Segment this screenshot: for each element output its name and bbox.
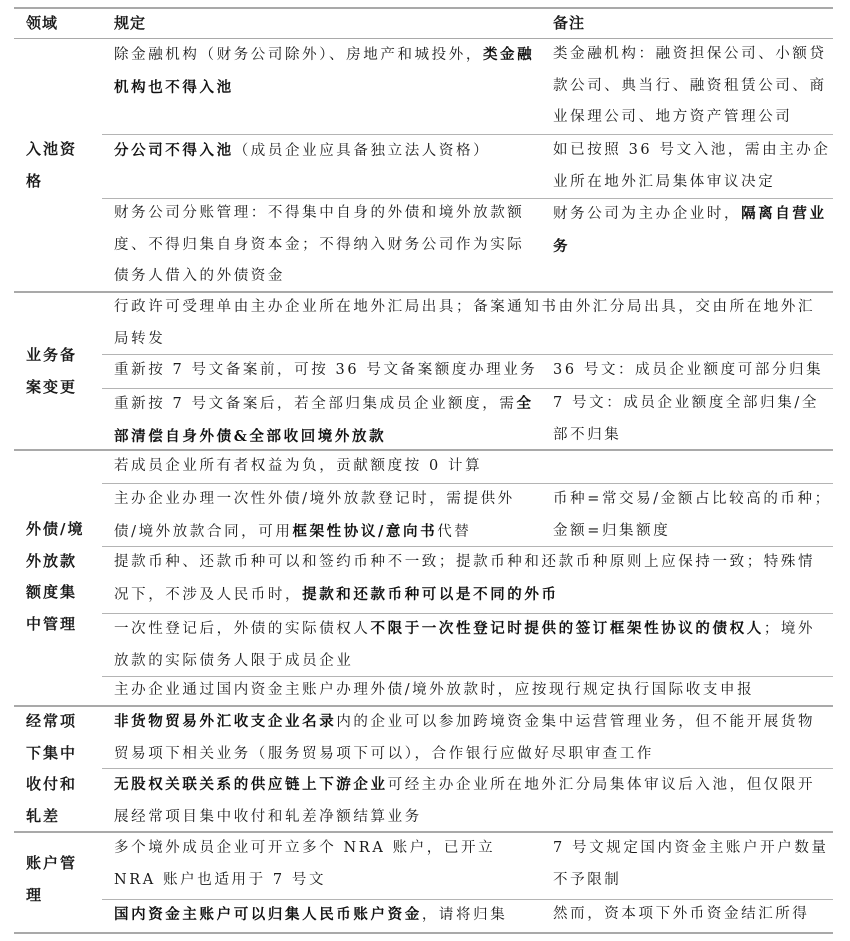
rule-text: 行政许可受理单由主办企业所在地外汇局出具；备案通知书由外汇分局出具，交由所在地外… — [114, 299, 815, 347]
domain-label-pool-eligibility: 入池资 格 — [26, 134, 98, 197]
rule-cell: 重新按 7 号文备案后，若全部归集成员企业额度，需全部清偿自身外债&全部收回境外… — [114, 388, 539, 453]
rule-emphasis: 分公司不得入池 — [114, 142, 234, 159]
rule-cell: 一次性登记后，外债的实际债权人不限于一次性登记时提供的签订框架性协议的债权人；境… — [114, 613, 824, 677]
note-text: 7 号文：成员企业额度全部归集/全部不归集 — [553, 395, 819, 443]
note-text: 如已按照 36 号文入池，需由主办企业所在地外汇局集体审议决定 — [553, 142, 830, 190]
domain-line: 收付和 — [26, 769, 98, 801]
domain-label-current-account-netting: 经常项 下集中 收付和 轧差 — [26, 706, 98, 832]
rule-emphasis: 无股权关联关系的供应链上下游企业 — [114, 776, 388, 793]
note-text: 7 号文规定国内资金主账户开户数量不予限制 — [553, 840, 829, 888]
rule-cell: 分公司不得入池（成员企业应具备独立法人资格） — [114, 135, 539, 168]
domain-label-external-debt-quota: 外债/境 外放款 额度集 中管理 — [26, 514, 98, 640]
note-text: 财务公司为主办企业时， — [553, 206, 741, 222]
rule-emphasis: 框架性协议/意向书 — [292, 523, 437, 540]
rule-emphasis: 不限于一次性登记时提供的签订框架性协议的债权人 — [371, 620, 764, 637]
rule-cell: 主办企业办理一次性外债/境外放款登记时，需提供外债/境外放款合同，可用框架性协议… — [114, 484, 539, 548]
domain-line: 业务备 — [26, 340, 98, 372]
rule-cell: 提款币种、还款币种可以和签约币种不一致；提款币种和还款币种原则上应保持一致；特殊… — [114, 547, 824, 611]
rule-text: 除金融机构（财务公司除外）、房地产和城投外， — [114, 47, 483, 63]
rule-text: 代替 — [437, 524, 471, 540]
rule-cell: 行政许可受理单由主办企业所在地外汇局出具；备案通知书由外汇分局出具，交由所在地外… — [114, 292, 824, 355]
note-text: 类金融机构：融资担保公司、小额贷款公司、典当行、融资租赁公司、商业保理公司、地方… — [553, 46, 827, 125]
rule-cell: 重新按 7 号文备案前，可按 36 号文备案额度办理业务 — [114, 355, 539, 387]
note-cell: 7 号文：成员企业额度全部归集/全部不归集 — [553, 388, 835, 451]
note-cell: 7 号文规定国内资金主账户开户数量不予限制 — [553, 833, 835, 896]
rule-emphasis: 国内资金主账户可以归集人民币账户资金 — [114, 906, 422, 923]
rule-text: 主办企业通过国内资金主账户办理外债/境外放款时，应按现行规定执行国际收支申报 — [114, 682, 754, 698]
rule-text: 若成员企业所有者权益为负，贡献额度按 0 计算 — [114, 458, 482, 474]
domain-line: 理 — [26, 880, 98, 912]
note-cell: 如已按照 36 号文入池，需由主办企业所在地外汇局集体审议决定 — [553, 135, 835, 198]
domain-line: 案变更 — [26, 372, 98, 404]
header-note: 备注 — [553, 8, 585, 38]
rule-text: 财务公司分账管理：不得集中自身的外债和境外放款额度、不得归集自身资本金；不得纳入… — [114, 205, 524, 284]
domain-line: 外债/境 — [26, 514, 98, 546]
header-domain: 领域 — [26, 8, 58, 38]
note-cell: 币种=常交易/金额占比较高的币种；金额=归集额度 — [553, 484, 835, 547]
domain-line: 外放款 — [26, 546, 98, 578]
rule-text: 一次性登记后，外债的实际债权人 — [114, 621, 371, 637]
rule-text: 多个境外成员企业可开立多个 NRA 账户，已开立 NRA 账户也适用于 7 号文 — [114, 840, 495, 888]
rule-cell: 主办企业通过国内资金主账户办理外债/境外放款时，应按现行规定执行国际收支申报 — [114, 675, 824, 707]
header-rule: 规定 — [114, 8, 146, 38]
rule-cell: 多个境外成员企业可开立多个 NRA 账户，已开立 NRA 账户也适用于 7 号文 — [114, 833, 539, 896]
note-cell: 类金融机构：融资担保公司、小额贷款公司、典当行、融资租赁公司、商业保理公司、地方… — [553, 39, 835, 134]
rule-emphasis: 提款和还款币种可以是不同的外币 — [302, 586, 559, 603]
domain-label-filing-changes: 业务备 案变更 — [26, 340, 98, 403]
rule-cell: 财务公司分账管理：不得集中自身的外债和境外放款额度、不得归集自身资本金；不得纳入… — [114, 198, 539, 293]
domain-label-account-management: 账户管 理 — [26, 848, 98, 911]
table-bottom-rule — [14, 932, 833, 934]
domain-line: 轧差 — [26, 801, 98, 833]
note-text: 然而，资本项下外币资金结汇所得 — [553, 906, 810, 922]
rule-text: （成员企业应具备独立法人资格） — [234, 143, 491, 159]
note-cell: 36 号文：成员企业额度可部分归集 — [553, 355, 835, 387]
domain-line: 中管理 — [26, 609, 98, 641]
rule-cell: 若成员企业所有者权益为负，贡献额度按 0 计算 — [114, 451, 824, 483]
note-cell: 财务公司为主办企业时，隔离自营业务 — [553, 198, 835, 263]
rule-emphasis: 非货物贸易外汇收支企业名录 — [114, 713, 336, 730]
domain-line: 下集中 — [26, 738, 98, 770]
domain-line: 经常项 — [26, 706, 98, 738]
domain-line: 格 — [26, 166, 98, 198]
note-text: 币种=常交易/金额占比较高的币种；金额=归集额度 — [553, 491, 832, 539]
regulation-comparison-table: 领域 规定 备注 入池资 格 除金融机构（财务公司除外）、房地产和城投外，类金融… — [0, 0, 850, 941]
domain-line: 额度集 — [26, 577, 98, 609]
rule-cell: 无股权关联关系的供应链上下游企业可经主办企业所在地外汇分局集体审议后入池，但仅限… — [114, 769, 824, 833]
rule-text: 重新按 7 号文备案后，若全部归集成员企业额度，需 — [114, 396, 516, 412]
rule-text: 重新按 7 号文备案前，可按 36 号文备案额度办理业务 — [114, 362, 537, 378]
note-text: 36 号文：成员企业额度可部分归集 — [553, 362, 823, 378]
domain-line: 账户管 — [26, 848, 98, 880]
rule-cell: 非货物贸易外汇收支企业名录内的企业可以参加跨境资金集中运营管理业务，但不能开展货… — [114, 706, 824, 770]
rule-cell: 国内资金主账户可以归集人民币账户资金，请将归集 — [114, 899, 539, 932]
domain-line: 入池资 — [26, 134, 98, 166]
rule-text: ，请将归集 — [422, 907, 508, 923]
note-cell: 然而，资本项下外币资金结汇所得 — [553, 899, 835, 931]
rule-cell: 除金融机构（财务公司除外）、房地产和城投外，类金融机构也不得入池 — [114, 39, 539, 104]
